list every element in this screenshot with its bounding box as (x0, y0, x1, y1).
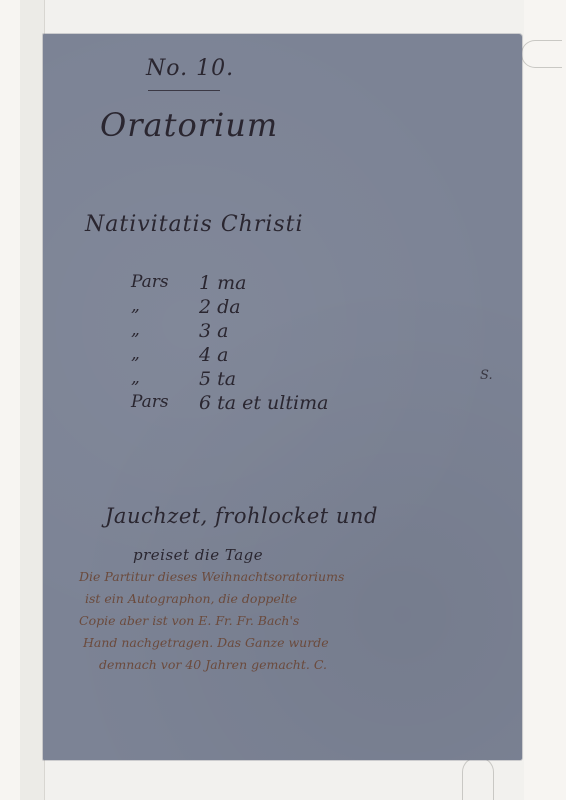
part-value: 4 a (199, 344, 228, 366)
part-label: „ (131, 320, 171, 340)
work-subtitle: Nativitatis Christi (85, 212, 304, 237)
provenance-line: demnach vor 40 Jahren gemacht. C. (79, 654, 419, 676)
part-value: 5 ta (199, 368, 236, 390)
part-label: „ (131, 296, 171, 316)
paper-hinge-bottom (462, 757, 494, 800)
part-value: 1 ma (199, 272, 246, 294)
provenance-line: Copie aber ist von E. Fr. Fr. Bach's (79, 610, 419, 632)
provenance-line: Die Partitur dieses Weihnachtsoratoriums (79, 566, 419, 588)
provenance-note: Die Partitur dieses Weihnachtsoratoriums… (79, 566, 419, 676)
part-value: 2 da (199, 296, 241, 318)
part-label: Pars (131, 272, 171, 292)
catalog-number: No. 10. (146, 56, 234, 81)
part-label: „ (131, 344, 171, 364)
note-line-2: preiset die Tage (133, 546, 263, 564)
part-value: 3 a (199, 320, 228, 342)
number-underline (148, 90, 220, 91)
provenance-line: ist ein Autographon, die doppelte (79, 588, 419, 610)
provenance-line: Hand nachgetragen. Das Ganze wurde (79, 632, 419, 654)
paper-hinge-top (521, 40, 562, 68)
part-value: 6 ta et ultima (199, 392, 328, 414)
margin-mark: S. (480, 368, 493, 383)
part-label: Pars (131, 392, 171, 412)
mount-strip (20, 0, 45, 800)
part-label: „ (131, 368, 171, 388)
note-line-1: Jauchzet, frohlocket und (105, 504, 378, 528)
manuscript-sheet: No. 10. Oratorium Nativitatis Christi Pa… (43, 34, 522, 760)
work-title: Oratorium (100, 106, 278, 144)
